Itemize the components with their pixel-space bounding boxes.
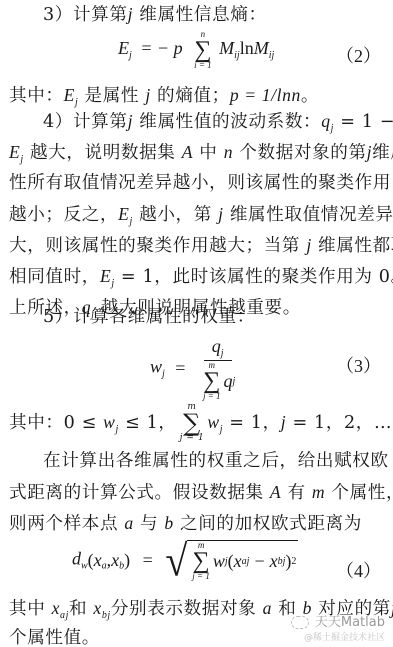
var-j: j (145, 85, 151, 105)
sum-lower: j = 1 (192, 572, 210, 581)
step4-line-2: Ej 越大，说明数据集 A 中 n 个数据对象的第j维属 (9, 141, 384, 171)
var: x (52, 598, 60, 618)
sub: w (81, 561, 88, 572)
text: 其中 (9, 599, 45, 619)
watermark-line-1: 天天Matlab (315, 615, 385, 630)
paren: ) (124, 550, 130, 570)
var: n (224, 142, 233, 162)
var: x (93, 598, 101, 618)
distance-line-3: 则两个样本点 a 与 b 之间的加权欧式距离为 (9, 512, 384, 535)
text: 维属性信息熵： (139, 5, 266, 25)
distance-line-2: 式距离的计算公式。假设数据集 A 有 m 个属性， (9, 481, 384, 504)
text: 与 (140, 514, 158, 534)
equation-number-2: （2） (336, 42, 381, 68)
eq-sub: j (129, 50, 132, 61)
text: 则两个样本点 (9, 514, 118, 534)
step4-line-5: 大，则该属性的聚类作用越大；当第 j 维属性都取 (9, 234, 384, 257)
sum-lower: j = 1 (203, 392, 221, 401)
denominator: m ∑ j = 1 qj (200, 361, 235, 401)
text: = 1，此时该属性的聚类作用为 0。综 (115, 267, 393, 287)
text: 个属性值。 (9, 628, 100, 647)
eq-rel: = (175, 358, 185, 378)
equation-4: dw(xa,xb) = √ m ∑ j = 1 wj(xaj−xbj)2 (72, 540, 298, 581)
text: 维属性都取 (318, 236, 393, 256)
summation: m∑j = 1 (180, 403, 205, 443)
var: E (100, 266, 111, 286)
numerator: qj (204, 336, 232, 361)
sub: aj (242, 556, 250, 567)
var: a (263, 598, 272, 618)
var: j (128, 111, 134, 131)
var: A (182, 142, 193, 162)
text: 分别表示数据对象 (111, 599, 257, 619)
var: j (306, 235, 312, 255)
var: A (270, 482, 281, 502)
step5-note: 其中：0 ≤ wj ≤ 1，m∑j = 1wj = 1，j = 1，2，…，m。 (9, 402, 384, 442)
text: 在计算出各维属性的权重之后，给出赋权欧 (43, 451, 389, 471)
eq-sub: ij (269, 50, 275, 61)
summation: m ∑ j = 1 (192, 541, 210, 581)
var: w (213, 551, 225, 572)
equation-3: wj = qj m ∑ j = 1 qj (150, 336, 239, 401)
sub: j (221, 348, 224, 359)
text: 。 (301, 86, 319, 106)
var-n: n (291, 85, 300, 105)
eq-lhs: w (150, 357, 162, 377)
var: w (103, 412, 115, 432)
sub: j (20, 154, 23, 165)
equation-number-3: （3） (336, 352, 381, 378)
sub: bj (278, 556, 286, 567)
text: 越小，第 (139, 205, 212, 225)
sum-lower: i = 1 (194, 61, 212, 70)
text: = 1， (223, 413, 281, 433)
sigma-symbol: ∑ (183, 412, 201, 434)
sigma-symbol: ∑ (203, 370, 220, 392)
text: 式距离的计算公式。假设数据集 (9, 483, 264, 503)
radicand: m ∑ j = 1 wj(xaj−xbj)2 (187, 540, 298, 581)
eq-rel: = (143, 550, 153, 570)
text: 5）计算各维属性的权重： (43, 307, 255, 327)
sub: aj (60, 610, 69, 621)
step4-line-6: 相同值时，Ej = 1，此时该属性的聚类作用为 0。综 (9, 265, 384, 295)
text: 中 (199, 143, 217, 163)
summation: m ∑ j = 1 (203, 361, 221, 401)
sigma-symbol: ∑ (194, 39, 211, 61)
var: b (164, 513, 173, 533)
sub: j (75, 97, 78, 108)
sub: j (130, 216, 133, 227)
text: 性所有取值情况差异越小，则该属性的聚类作用 (9, 173, 391, 193)
fraction: qj m ∑ j = 1 qj (200, 336, 235, 401)
text: 是属性 (85, 86, 140, 106)
text: 大，则该属性的聚类作用越大；当第 (9, 236, 300, 256)
watermark-line-2: @稀土掘金技术社区 (291, 630, 385, 643)
var: m (312, 482, 325, 502)
sub: j (162, 369, 165, 380)
var: x (94, 550, 102, 570)
distance-line-1: 在计算出各维属性的权重之后，给出赋权欧 (43, 450, 384, 472)
q: q (212, 336, 221, 356)
sum-lower: j = 1 (180, 434, 205, 443)
wechat-icon (291, 616, 309, 629)
text: 越小；反之， (9, 205, 118, 225)
sub: bj (102, 610, 111, 621)
var: q (321, 111, 330, 131)
text: 维属性值的波动系数： (139, 112, 321, 132)
text: 个属性， (331, 483, 393, 503)
step4-line-1: 4）计算第j 维属性值的波动系数：qj = 1 − Ej。 (43, 110, 384, 140)
var-j: j (128, 4, 134, 24)
text: 和 (69, 599, 87, 619)
var: w (207, 412, 219, 432)
p-definition: p = 1/ln (230, 85, 292, 105)
equation-2: Ej = − p n ∑ i = 1 MijlnMij (118, 30, 274, 70)
equation-number-4: （4） (336, 557, 381, 583)
summation: n ∑ i = 1 (194, 30, 212, 70)
eq-lhs: d (72, 549, 81, 569)
var: j (218, 204, 224, 224)
var-E: E (64, 85, 75, 105)
var: E (118, 204, 129, 224)
var: E (9, 142, 20, 162)
eq-rel-text: = − p (140, 38, 182, 58)
text: 个数据对象的第 (239, 143, 366, 163)
watermark: 天天Matlab @稀土掘金技术社区 (291, 611, 385, 643)
text: ≤ 1， (119, 413, 177, 433)
text: 维属性取值情况差异越 (230, 205, 393, 225)
eq-rel: = − p (140, 38, 182, 58)
square-root: √ m ∑ j = 1 wj(xaj−xbj)2 (165, 540, 298, 581)
text: 4）计算第 (43, 112, 128, 132)
var: a (124, 513, 133, 533)
step5-heading-text: 5）计算各维属性的权重： (43, 306, 384, 328)
radical-symbol: √ (165, 539, 187, 583)
step4-line-4: 越小；反之，Ej 越小，第 j 维属性取值情况差异越 (9, 203, 384, 233)
text: 相同值时， (9, 267, 100, 287)
text: 越大，说明数据集 (30, 143, 176, 163)
eq-M: M (219, 38, 234, 58)
step3-heading: 3）计算第j 维属性信息熵： (43, 3, 384, 26)
var: x (234, 551, 242, 572)
minus: − (254, 551, 264, 572)
text: 其中： (9, 86, 64, 106)
sigma-symbol: ∑ (193, 550, 210, 572)
text: 其中：0 ≤ (9, 413, 103, 433)
watermark-title: 天天Matlab (291, 611, 385, 630)
text: = 1 − (334, 112, 393, 132)
text: 的熵值； (157, 86, 230, 106)
text: = 1，2，…， (286, 413, 393, 433)
eq-M: M (254, 38, 269, 58)
var: x (111, 550, 119, 570)
q: q (224, 371, 233, 392)
text: 之间的加权欧式距离为 (180, 514, 362, 534)
text: 3）计算第 (43, 5, 128, 25)
power: 2 (291, 556, 296, 567)
eq-ln: ln (240, 38, 254, 58)
var: x (270, 551, 278, 572)
sub: j (233, 376, 236, 387)
eq-lhs: E (118, 38, 129, 58)
step4-line-3: 性所有取值情况差异越小，则该属性的聚类作用 (9, 172, 384, 194)
text: 维属 (372, 143, 393, 163)
text: 有 (287, 483, 305, 503)
